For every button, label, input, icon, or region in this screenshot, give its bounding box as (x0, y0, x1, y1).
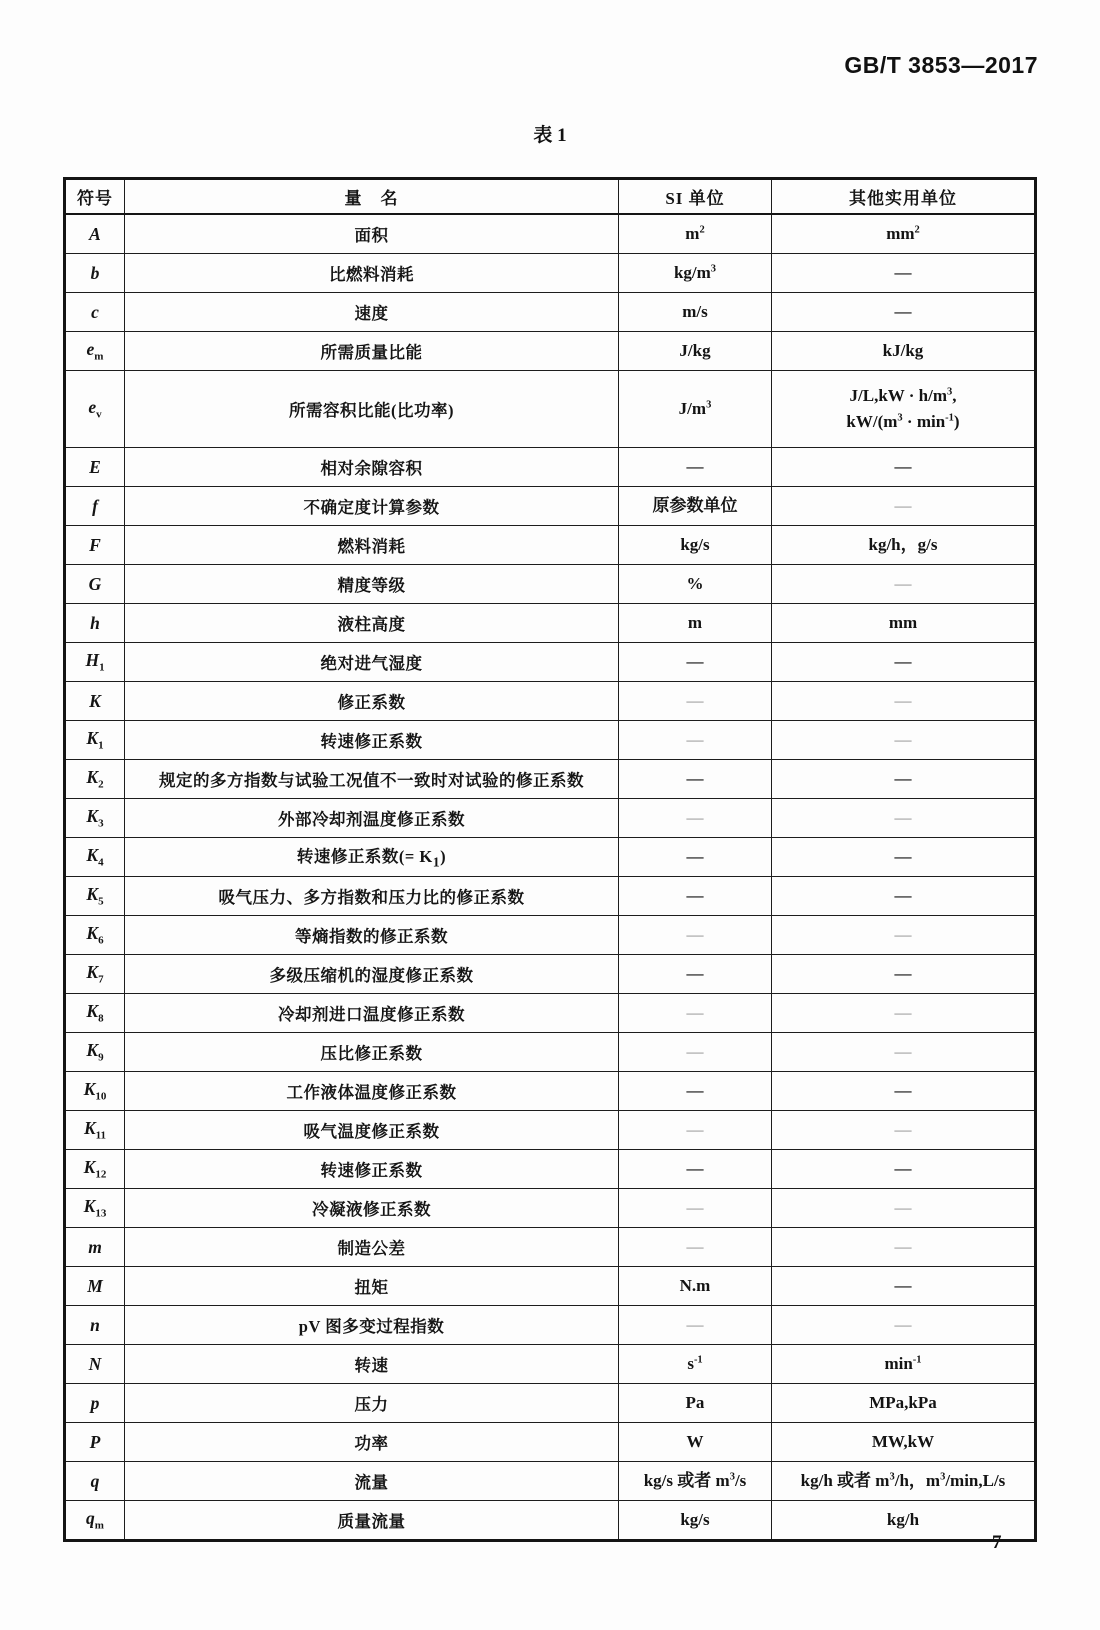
symbol-cell: f (65, 487, 125, 526)
header-row: 符号 量 名 SI 单位 其他实用单位 (65, 179, 1036, 215)
symbol-cell: n (65, 1306, 125, 1345)
table-row: ev所需容积比能(比功率)J/m3J/L,kW · h/m3,kW/(m3 · … (65, 371, 1036, 448)
other-unit-cell: MW,kW (772, 1423, 1036, 1462)
other-unit-cell: — (772, 1111, 1036, 1150)
si-unit-cell: kg/s 或者 m3/s (619, 1462, 772, 1501)
table-row: G精度等级%— (65, 565, 1036, 604)
table-row: qm质量流量kg/skg/h (65, 1501, 1036, 1541)
symbol-cell: p (65, 1384, 125, 1423)
symbol-cell: F (65, 526, 125, 565)
name-cell: 转速修正系数 (125, 721, 619, 760)
other-unit-cell: MPa,kPa (772, 1384, 1036, 1423)
si-unit-cell: — (619, 1189, 772, 1228)
other-unit-cell: — (772, 1150, 1036, 1189)
table-row: K9压比修正系数—— (65, 1033, 1036, 1072)
table-row: M扭矩N.m— (65, 1267, 1036, 1306)
si-unit-cell: — (619, 448, 772, 487)
symbol-cell: m (65, 1228, 125, 1267)
symbol-cell: A (65, 214, 125, 254)
standard-number: GB/T 3853—2017 (844, 52, 1038, 79)
symbol-cell: K10 (65, 1072, 125, 1111)
table-row: N转速s-1min-1 (65, 1345, 1036, 1384)
other-unit-cell: mm2 (772, 214, 1036, 254)
symbol-cell: h (65, 604, 125, 643)
other-unit-cell: kg/h 或者 m3/h，m3/min,L/s (772, 1462, 1036, 1501)
name-cell: 燃料消耗 (125, 526, 619, 565)
table-row: c速度m/s— (65, 293, 1036, 332)
si-unit-cell: m (619, 604, 772, 643)
other-unit-cell: — (772, 760, 1036, 799)
si-unit-cell: — (619, 760, 772, 799)
other-unit-cell: — (772, 916, 1036, 955)
name-cell: 不确定度计算参数 (125, 487, 619, 526)
table-row: K5吸气压力、多方指数和压力比的修正系数—— (65, 877, 1036, 916)
other-unit-cell: — (772, 487, 1036, 526)
name-cell: 修正系数 (125, 682, 619, 721)
other-unit-cell: — (772, 994, 1036, 1033)
name-cell: 吸气温度修正系数 (125, 1111, 619, 1150)
si-unit-cell: Pa (619, 1384, 772, 1423)
other-unit-cell: — (772, 1228, 1036, 1267)
table-row: K13冷凝液修正系数—— (65, 1189, 1036, 1228)
name-cell: 转速 (125, 1345, 619, 1384)
symbol-cell: G (65, 565, 125, 604)
si-unit-cell: — (619, 955, 772, 994)
table-row: E相对余隙容积—— (65, 448, 1036, 487)
si-unit-cell: — (619, 877, 772, 916)
si-unit-cell: — (619, 721, 772, 760)
name-cell: 功率 (125, 1423, 619, 1462)
name-cell: 比燃料消耗 (125, 254, 619, 293)
name-cell: 制造公差 (125, 1228, 619, 1267)
name-cell: 转速修正系数 (125, 1150, 619, 1189)
table-row: K2规定的多方指数与试验工况值不一致时对试验的修正系数—— (65, 760, 1036, 799)
other-unit-cell: — (772, 1072, 1036, 1111)
si-unit-cell: J/m3 (619, 371, 772, 448)
symbol-cell: K12 (65, 1150, 125, 1189)
other-unit-cell: — (772, 1306, 1036, 1345)
si-unit-cell: m/s (619, 293, 772, 332)
table-row: K6等熵指数的修正系数—— (65, 916, 1036, 955)
name-cell: 扭矩 (125, 1267, 619, 1306)
symbol-cell: K11 (65, 1111, 125, 1150)
other-unit-cell: — (772, 799, 1036, 838)
symbol-cell: K (65, 682, 125, 721)
name-cell: 冷却剂进口温度修正系数 (125, 994, 619, 1033)
other-unit-cell: mm (772, 604, 1036, 643)
si-unit-cell: — (619, 1111, 772, 1150)
si-unit-cell: — (619, 799, 772, 838)
si-unit-cell: — (619, 1072, 772, 1111)
symbol-cell: K2 (65, 760, 125, 799)
other-unit-cell: min-1 (772, 1345, 1036, 1384)
symbol-cell: K8 (65, 994, 125, 1033)
symbol-cell: c (65, 293, 125, 332)
name-cell: 等熵指数的修正系数 (125, 916, 619, 955)
name-cell: 精度等级 (125, 565, 619, 604)
name-cell: 工作液体温度修正系数 (125, 1072, 619, 1111)
si-unit-cell: kg/m3 (619, 254, 772, 293)
other-unit-cell: kJ/kg (772, 332, 1036, 371)
other-unit-cell: — (772, 877, 1036, 916)
other-unit-cell: — (772, 682, 1036, 721)
table-row: b比燃料消耗kg/m3— (65, 254, 1036, 293)
symbol-cell: em (65, 332, 125, 371)
other-unit-cell: — (772, 838, 1036, 877)
col-header-other-unit: 其他实用单位 (772, 179, 1036, 215)
other-unit-cell: — (772, 1033, 1036, 1072)
symbol-cell: K1 (65, 721, 125, 760)
symbol-cell: b (65, 254, 125, 293)
table-row: P功率WMW,kW (65, 1423, 1036, 1462)
symbol-cell: q (65, 1462, 125, 1501)
table-row: K修正系数—— (65, 682, 1036, 721)
other-unit-cell: — (772, 1267, 1036, 1306)
si-unit-cell: — (619, 643, 772, 682)
other-unit-cell: — (772, 955, 1036, 994)
symbol-cell: K6 (65, 916, 125, 955)
other-unit-cell: — (772, 1189, 1036, 1228)
table-row: H1绝对进气湿度—— (65, 643, 1036, 682)
col-header-symbol: 符号 (65, 179, 125, 215)
units-table: 符号 量 名 SI 单位 其他实用单位 A面积m2mm2b比燃料消耗kg/m3—… (63, 177, 1037, 1542)
other-unit-cell: — (772, 293, 1036, 332)
table-row: A面积m2mm2 (65, 214, 1036, 254)
table-header: 符号 量 名 SI 单位 其他实用单位 (65, 179, 1036, 215)
name-cell: 所需质量比能 (125, 332, 619, 371)
table-row: q流量kg/s 或者 m3/skg/h 或者 m3/h，m3/min,L/s (65, 1462, 1036, 1501)
table-row: K1转速修正系数—— (65, 721, 1036, 760)
table-row: K12转速修正系数—— (65, 1150, 1036, 1189)
si-unit-cell: — (619, 1228, 772, 1267)
table-row: em所需质量比能J/kgkJ/kg (65, 332, 1036, 371)
table-row: K8冷却剂进口温度修正系数—— (65, 994, 1036, 1033)
symbol-cell: K9 (65, 1033, 125, 1072)
name-cell: 质量流量 (125, 1501, 619, 1541)
name-cell: 所需容积比能(比功率) (125, 371, 619, 448)
other-unit-cell: kg/h，g/s (772, 526, 1036, 565)
symbol-cell: K7 (65, 955, 125, 994)
name-cell: 冷凝液修正系数 (125, 1189, 619, 1228)
si-unit-cell: % (619, 565, 772, 604)
name-cell: 面积 (125, 214, 619, 254)
table-row: K10工作液体温度修正系数—— (65, 1072, 1036, 1111)
si-unit-cell: — (619, 1033, 772, 1072)
table-title: 表 1 (63, 120, 1037, 147)
table-row: h液柱高度mmm (65, 604, 1036, 643)
other-unit-cell: — (772, 254, 1036, 293)
si-unit-cell: m2 (619, 214, 772, 254)
name-cell: 吸气压力、多方指数和压力比的修正系数 (125, 877, 619, 916)
symbol-cell: K5 (65, 877, 125, 916)
symbol-cell: ev (65, 371, 125, 448)
symbol-cell: K4 (65, 838, 125, 877)
symbol-cell: E (65, 448, 125, 487)
name-cell: 液柱高度 (125, 604, 619, 643)
name-cell: 外部冷却剂温度修正系数 (125, 799, 619, 838)
si-unit-cell: — (619, 838, 772, 877)
symbol-cell: K3 (65, 799, 125, 838)
name-cell: 速度 (125, 293, 619, 332)
symbol-cell: P (65, 1423, 125, 1462)
name-cell: 规定的多方指数与试验工况值不一致时对试验的修正系数 (125, 760, 619, 799)
symbol-cell: H1 (65, 643, 125, 682)
other-unit-cell: — (772, 565, 1036, 604)
col-header-si-unit: SI 单位 (619, 179, 772, 215)
si-unit-cell: — (619, 994, 772, 1033)
si-unit-cell: — (619, 682, 772, 721)
table-row: F燃料消耗kg/skg/h，g/s (65, 526, 1036, 565)
si-unit-cell: kg/s (619, 1501, 772, 1541)
si-unit-cell: — (619, 916, 772, 955)
name-cell: 绝对进气湿度 (125, 643, 619, 682)
table-body: A面积m2mm2b比燃料消耗kg/m3—c速度m/s—em所需质量比能J/kgk… (65, 214, 1036, 1541)
table-row: K11吸气温度修正系数—— (65, 1111, 1036, 1150)
name-cell: 多级压缩机的湿度修正系数 (125, 955, 619, 994)
other-unit-cell: — (772, 448, 1036, 487)
si-unit-cell: s-1 (619, 1345, 772, 1384)
si-unit-cell: J/kg (619, 332, 772, 371)
si-unit-cell: kg/s (619, 526, 772, 565)
si-unit-cell: N.m (619, 1267, 772, 1306)
si-unit-cell: — (619, 1150, 772, 1189)
name-cell: 压力 (125, 1384, 619, 1423)
other-unit-cell: — (772, 643, 1036, 682)
table-row: m制造公差—— (65, 1228, 1036, 1267)
table-row: f不确定度计算参数原参数单位— (65, 487, 1036, 526)
table-row: npV 图多变过程指数—— (65, 1306, 1036, 1345)
page-number: 7 (992, 1532, 1002, 1554)
name-cell: 流量 (125, 1462, 619, 1501)
col-header-quantity-name: 量 名 (125, 179, 619, 215)
si-unit-cell: W (619, 1423, 772, 1462)
table-row: K3外部冷却剂温度修正系数—— (65, 799, 1036, 838)
name-cell: 相对余隙容积 (125, 448, 619, 487)
symbol-cell: K13 (65, 1189, 125, 1228)
name-cell: pV 图多变过程指数 (125, 1306, 619, 1345)
other-unit-cell: J/L,kW · h/m3,kW/(m3 · min-1) (772, 371, 1036, 448)
name-cell: 压比修正系数 (125, 1033, 619, 1072)
table-row: K4转速修正系数(= K1)—— (65, 838, 1036, 877)
symbol-cell: M (65, 1267, 125, 1306)
table-row: K7多级压缩机的湿度修正系数—— (65, 955, 1036, 994)
symbol-cell: qm (65, 1501, 125, 1541)
other-unit-cell: — (772, 721, 1036, 760)
symbol-cell: N (65, 1345, 125, 1384)
si-unit-cell: — (619, 1306, 772, 1345)
si-unit-cell: 原参数单位 (619, 487, 772, 526)
table-row: p压力PaMPa,kPa (65, 1384, 1036, 1423)
name-cell: 转速修正系数(= K1) (125, 838, 619, 877)
